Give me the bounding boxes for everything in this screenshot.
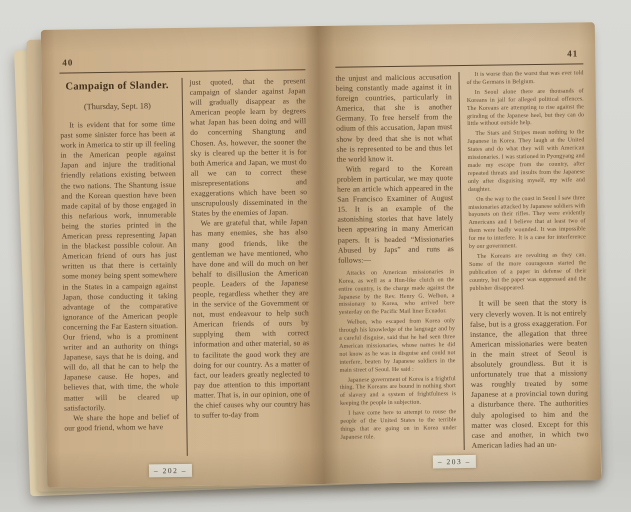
right-page-column-1: the unjust and malicious accusation bein… xyxy=(335,72,464,452)
open-book: 40 Campaign of Slander. (Thursday, Sept.… xyxy=(41,22,601,488)
paragraph: It will be seen that the story is very c… xyxy=(470,298,589,451)
left-page-folio-label: – 202 – xyxy=(149,464,192,478)
right-page-folio-label: – 203 – xyxy=(433,455,476,469)
quoted-paragraph: The Koreans are revolting as they can. S… xyxy=(469,252,587,293)
left-page-column-2: just quoted, that the present campaign o… xyxy=(183,76,311,456)
left-page-number: 40 xyxy=(59,54,305,68)
left-page-column-1: Campaign of Slander. (Thursday, Sept. 18… xyxy=(60,78,188,458)
right-page-column-2: It is worse than the worst that was ever… xyxy=(459,70,588,450)
left-page: 40 Campaign of Slander. (Thursday, Sept.… xyxy=(59,54,311,469)
paragraph: It is evident that for some time past so… xyxy=(60,119,179,413)
quoted-paragraph: I have come here to attempt to rouse the… xyxy=(340,409,456,442)
quoted-paragraph: Japanese government of Korea is a fright… xyxy=(340,376,456,409)
paragraph: just quoted, that the present campaign o… xyxy=(190,76,308,219)
paragraph: the unjust and malicious accusation bein… xyxy=(335,72,452,164)
paragraph: We are grateful that, while Japan has ma… xyxy=(191,217,310,420)
right-page-number: 41 xyxy=(335,48,583,62)
quoted-paragraph: Attacks on American missionaries in Kore… xyxy=(338,269,455,318)
quoted-paragraph: On the way to the coast in Seoul I saw t… xyxy=(468,195,586,252)
quoted-paragraph: Welbon, who escaped from Korea only thro… xyxy=(339,318,456,375)
quoted-paragraph: The Stars and Stripes mean nothing to th… xyxy=(467,130,585,195)
right-page: 41 the unjust and malicious accusation b… xyxy=(335,48,589,463)
quoted-paragraph: In Seoul alone there are thousands of Ko… xyxy=(467,88,585,129)
right-page-columns: the unjust and malicious accusation bein… xyxy=(335,70,588,451)
left-page-columns: Campaign of Slander. (Thursday, Sept. 18… xyxy=(60,76,311,457)
left-page-header-rule xyxy=(59,69,305,73)
article-dateline: (Thursday, Sept. 18) xyxy=(60,101,175,112)
photograph-background: 40 Campaign of Slander. (Thursday, Sept.… xyxy=(0,0,631,512)
right-page-header-rule xyxy=(335,63,583,67)
paragraph: With regard to the Korean problem in par… xyxy=(337,163,454,266)
article-heading: Campaign of Slander. xyxy=(60,80,175,93)
paragraph: We share the hope and belief of our good… xyxy=(64,412,179,434)
quoted-paragraph: It is worse than the worst that was ever… xyxy=(466,70,583,87)
